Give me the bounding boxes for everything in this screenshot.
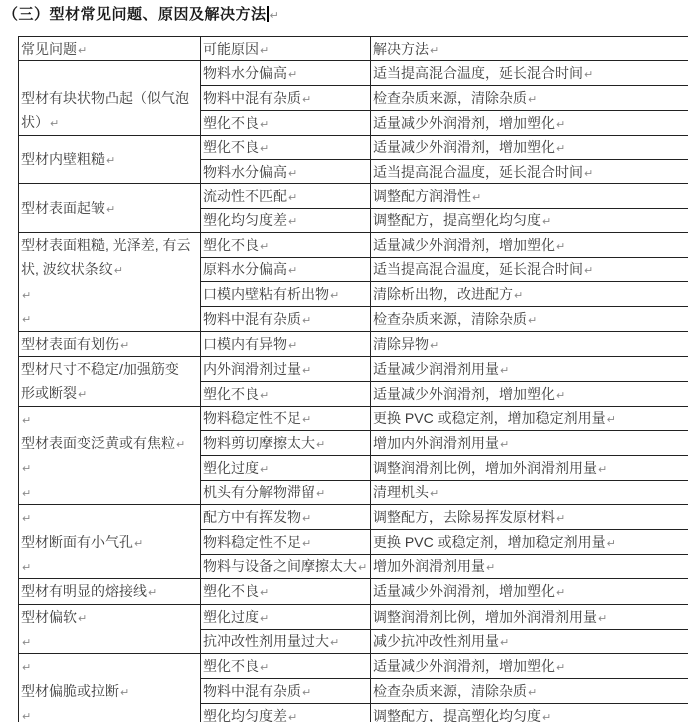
column-header[interactable]: 可能原因↵ <box>201 37 371 61</box>
problem-line: 型材有块状物凸起（似气泡 <box>21 86 198 110</box>
paragraph-mark-icon: ↵ <box>500 364 509 377</box>
problem-text: 型材表面粗糙, 光泽差, 有云 <box>21 237 191 253</box>
solution-cell[interactable]: 更换 PVC 或稳定剂，增加稳定剂用量↵ <box>371 406 688 431</box>
paragraph-mark-icon: ↵ <box>260 240 269 253</box>
paragraph-mark-icon: ↵ <box>598 612 607 625</box>
solution-cell[interactable]: 适当提高混合温度，延长混合时间↵ <box>371 61 688 86</box>
problem-text: 型材表面变泛黄或有焦粒 <box>21 435 175 451</box>
problem-text: 型材表面有划伤 <box>21 336 119 352</box>
cause-text: 原料水分偏高 <box>203 261 287 277</box>
paragraph-mark-icon: ↵ <box>330 289 339 302</box>
cause-cell[interactable]: 塑化不良↵ <box>201 110 371 135</box>
problem-cell[interactable]: 型材表面起皱↵ <box>19 184 201 233</box>
solution-cell[interactable]: 清理机头↵ <box>371 480 688 505</box>
table-row: 型材表面有划伤↵口模内有异物↵清除异物↵ <box>19 331 688 356</box>
cause-cell[interactable]: 塑化不良↵ <box>201 654 371 679</box>
solution-cell[interactable]: 适当提高混合温度，延长混合时间↵ <box>371 159 688 183</box>
table-row: 型材内壁粗糙↵塑化不良↵适量减少外润滑剂，增加塑化↵ <box>19 135 688 159</box>
solution-text: 适量减少外润滑剂，增加塑化 <box>373 583 555 599</box>
cause-cell[interactable]: 物料中混有杂质↵ <box>201 679 371 704</box>
problem-text: 型材断面有小气孔 <box>21 534 133 550</box>
paragraph-mark-icon: ↵ <box>584 167 593 180</box>
solution-text: 适量减少润滑剂用量 <box>373 361 499 377</box>
paragraph-mark-icon: ↵ <box>148 586 157 599</box>
paragraph-mark-icon: ↵ <box>106 154 115 167</box>
solution-cell[interactable]: 清除异物↵ <box>371 331 688 356</box>
cause-text: 塑化均匀度差 <box>203 212 287 228</box>
paragraph-mark-icon: ↵ <box>607 413 616 426</box>
header-row: 常见问题↵可能原因↵解决方法↵ <box>19 37 688 61</box>
problem-text: 型材内壁粗糙 <box>21 151 105 167</box>
paragraph-mark-icon: ↵ <box>260 118 269 131</box>
solution-cell[interactable]: 增加外润滑剂用量↵ <box>371 554 688 579</box>
problem-text: 型材尺寸不稳定/加强筋变 <box>21 361 179 377</box>
paragraph-mark-icon: ↵ <box>288 264 297 277</box>
paragraph-mark-icon: ↵ <box>472 191 481 204</box>
solution-cell[interactable]: 增加内外润滑剂用量↵ <box>371 431 688 456</box>
problem-line <box>21 61 198 85</box>
paragraph-mark-icon: ↵ <box>114 264 123 277</box>
problem-cell[interactable]: 型材尺寸不稳定/加强筋变形或断裂↵ <box>19 356 201 406</box>
paragraph-mark-icon: ↵ <box>556 586 565 599</box>
paragraph-mark-icon: ↵ <box>22 487 31 500</box>
cause-text: 机头有分解物滞留 <box>203 484 315 500</box>
solution-text: 调整润滑剂比例，增加外润滑剂用量 <box>373 609 597 625</box>
problem-line: 型材断面有小气孔↵ <box>21 530 198 554</box>
cause-cell[interactable]: 物料中混有杂质↵ <box>201 306 371 331</box>
solution-text: 适当提高混合温度，延长混合时间 <box>373 261 583 277</box>
solution-cell[interactable]: 检查杂质来源，清除杂质↵ <box>371 306 688 331</box>
solution-text: 增加外润滑剂用量 <box>373 558 485 574</box>
paragraph-mark-icon: ↵ <box>22 512 31 525</box>
paragraph-mark-icon: ↵ <box>22 414 31 427</box>
paragraph-mark-icon: ↵ <box>288 68 297 81</box>
paragraph-mark-icon: ↵ <box>330 636 339 649</box>
paragraph-mark-icon: ↵ <box>556 142 565 155</box>
solution-text: 适量减少外润滑剂，增加塑化 <box>373 115 555 131</box>
cause-cell[interactable]: 物料中混有杂质↵ <box>201 86 371 111</box>
problem-line: 型材内壁粗糙↵ <box>21 147 198 171</box>
problem-line: ↵ <box>21 282 198 306</box>
paragraph-mark-icon: ↵ <box>316 487 325 500</box>
paragraph-mark-icon: ↵ <box>260 612 269 625</box>
cause-cell[interactable]: 塑化不良↵ <box>201 579 371 604</box>
solution-text: 适量减少外润滑剂，增加塑化 <box>373 658 555 674</box>
problem-line: ↵ <box>21 629 198 653</box>
solution-cell[interactable]: 调整润滑剂比例，增加外润滑剂用量↵ <box>371 604 688 629</box>
problem-line: 型材表面有划伤↵ <box>21 332 198 356</box>
cause-cell[interactable]: 物料水分偏高↵ <box>201 159 371 183</box>
problem-text: 状, 波纹状条纹 <box>21 261 113 277</box>
cause-cell[interactable]: 口模内有异物↵ <box>201 331 371 356</box>
paragraph-mark-icon: ↵ <box>556 512 565 525</box>
cause-text: 抗冲改性剂用量过大 <box>203 633 329 649</box>
table-row: ↵型材表面变泛黄或有焦粒↵↵↵物料稳定性不足↵更换 PVC 或稳定剂，增加稳定剂… <box>19 406 688 431</box>
paragraph-mark-icon: ↵ <box>22 561 31 574</box>
cause-cell[interactable]: 原料水分偏高↵ <box>201 257 371 282</box>
problem-line: ↵ <box>21 480 198 504</box>
issues-table-body: 常见问题↵可能原因↵解决方法↵ 型材有块状物凸起（似气泡状）↵物料水分偏高↵适当… <box>19 37 688 722</box>
problem-line: ↵ <box>21 654 198 678</box>
solution-text: 适当提高混合温度，延长混合时间 <box>373 164 583 180</box>
solution-cell[interactable]: 适当提高混合温度，延长混合时间↵ <box>371 257 688 282</box>
cause-text: 物料水分偏高 <box>203 164 287 180</box>
paragraph-mark-icon: ↵ <box>176 438 185 451</box>
cause-cell[interactable]: 塑化不良↵ <box>201 381 371 406</box>
cause-cell[interactable]: 物料稳定性不足↵ <box>201 406 371 431</box>
solution-text: 适量减少外润滑剂，增加塑化 <box>373 237 555 253</box>
paragraph-mark-icon: ↵ <box>260 586 269 599</box>
column-header-label: 可能原因 <box>203 41 259 57</box>
cause-text: 内外润滑剂过量 <box>203 361 301 377</box>
paragraph-mark-icon: ↵ <box>302 686 311 699</box>
solution-text: 适量减少外润滑剂，增加塑化 <box>373 139 555 155</box>
solution-text: 清理机头 <box>373 484 429 500</box>
cause-text: 塑化过度 <box>203 609 259 625</box>
cause-text: 物料剪切摩擦太大 <box>203 435 315 451</box>
cause-cell[interactable]: 塑化过度↵ <box>201 455 371 480</box>
solution-text: 更换 PVC 或稳定剂，增加稳定剂用量 <box>373 534 606 550</box>
paragraph-mark-icon: ↵ <box>22 313 31 326</box>
paragraph-mark-icon: ↵ <box>556 240 565 253</box>
table-row: 型材表面起皱↵流动性不匹配↵调整配方润滑性↵ <box>19 184 688 208</box>
paragraph-mark-icon: ↵ <box>556 118 565 131</box>
cause-cell[interactable]: 流动性不匹配↵ <box>201 184 371 208</box>
problem-cell[interactable]: 型材有块状物凸起（似气泡状）↵ <box>19 61 201 135</box>
paragraph-mark-icon: ↵ <box>50 117 59 130</box>
solution-text: 适当提高混合温度，延长混合时间 <box>373 65 583 81</box>
paragraph-mark-icon: ↵ <box>542 215 551 228</box>
solution-text: 调整配方，提高塑化均匀度 <box>373 212 541 228</box>
paragraph-mark-icon: ↵ <box>430 339 439 352</box>
paragraph-mark-icon: ↵ <box>260 389 269 402</box>
cause-text: 塑化过度 <box>203 460 259 476</box>
paragraph-mark-icon: ↵ <box>78 612 87 625</box>
paragraph-mark-icon: ↵ <box>486 561 495 574</box>
solution-text: 更换 PVC 或稳定剂，增加稳定剂用量 <box>373 410 606 426</box>
page-title-text: （三）型材常见问题、原因及解决方法 <box>3 6 267 23</box>
paragraph-mark-icon: ↵ <box>288 339 297 352</box>
problem-text: 型材偏脆或拉断 <box>21 683 119 699</box>
problem-cell[interactable]: 型材偏软↵↵ <box>19 604 201 654</box>
solution-cell[interactable]: 调整配方润滑性↵ <box>371 184 688 208</box>
problem-line: 型材表面变泛黄或有焦粒↵ <box>21 431 198 455</box>
table-row: 型材表面粗糙, 光泽差, 有云状, 波纹状条纹↵↵↵塑化不良↵适量减少外润滑剂，… <box>19 233 688 258</box>
cause-text: 塑化不良 <box>203 115 259 131</box>
solution-text: 调整润滑剂比例，增加外润滑剂用量 <box>373 460 597 476</box>
solution-text: 检查杂质来源，清除杂质 <box>373 311 527 327</box>
problem-text: 形或断裂 <box>21 385 77 401</box>
column-header-label: 解决方法 <box>373 41 429 57</box>
paragraph-mark-icon: ↵ <box>288 215 297 228</box>
paragraph-mark-icon: ↵ <box>607 537 616 550</box>
problem-text: 型材偏软 <box>21 609 77 625</box>
cause-text: 口模内壁粘有析出物 <box>203 286 329 302</box>
solution-cell[interactable]: 适量减少外润滑剂，增加塑化↵ <box>371 135 688 159</box>
cause-text: 配方中有挥发物 <box>203 509 301 525</box>
text-cursor <box>267 6 269 22</box>
problem-text: 状） <box>21 114 49 130</box>
table-row: 型材偏软↵↵塑化过度↵调整润滑剂比例，增加外润滑剂用量↵ <box>19 604 688 629</box>
paragraph-mark-icon: ↵ <box>302 93 311 106</box>
cause-cell[interactable]: 口模内壁粘有析出物↵ <box>201 282 371 307</box>
solution-cell[interactable]: 调整配方，去除易挥发原材料↵ <box>371 505 688 530</box>
solution-cell[interactable]: 检查杂质来源，清除杂质↵ <box>371 86 688 111</box>
paragraph-mark-icon: ↵ <box>22 289 31 302</box>
paragraph-mark-icon: ↵ <box>302 314 311 327</box>
solution-cell[interactable]: 适量减少润滑剂用量↵ <box>371 356 688 381</box>
cause-cell[interactable]: 塑化过度↵ <box>201 604 371 629</box>
paragraph-mark-icon: ↵ <box>270 9 280 22</box>
column-header[interactable]: 解决方法↵ <box>371 37 688 61</box>
cause-text: 物料水分偏高 <box>203 65 287 81</box>
problem-cell[interactable]: ↵型材偏脆或拉断↵↵ <box>19 654 201 722</box>
cause-cell[interactable]: 物料与设备之间摩擦太大↵ <box>201 554 371 579</box>
paragraph-mark-icon: ↵ <box>302 537 311 550</box>
paragraph-mark-icon: ↵ <box>528 93 537 106</box>
solution-text: 清除异物 <box>373 336 429 352</box>
paragraph-mark-icon: ↵ <box>598 463 607 476</box>
issues-table: 常见问题↵可能原因↵解决方法↵ 型材有块状物凸起（似气泡状）↵物料水分偏高↵适当… <box>18 36 688 722</box>
cause-cell[interactable]: 物料水分偏高↵ <box>201 61 371 86</box>
cause-text: 流动性不匹配 <box>203 188 287 204</box>
paragraph-mark-icon: ↵ <box>120 339 129 352</box>
table-row: 型材有明显的熔接线↵塑化不良↵适量减少外润滑剂，增加塑化↵ <box>19 579 688 604</box>
cause-cell[interactable]: 塑化不良↵ <box>201 135 371 159</box>
solution-cell[interactable]: 适量减少外润滑剂，增加塑化↵ <box>371 381 688 406</box>
paragraph-mark-icon: ↵ <box>584 68 593 81</box>
problem-line: 型材表面粗糙, 光泽差, 有云 <box>21 233 198 257</box>
problem-line: ↵ <box>21 407 198 431</box>
solution-text: 调整配方，去除易挥发原材料 <box>373 509 555 525</box>
cause-text: 物料中混有杂质 <box>203 311 301 327</box>
cause-text: 塑化不良 <box>203 237 259 253</box>
paragraph-mark-icon: ↵ <box>22 636 31 649</box>
problem-line: ↵ <box>21 505 198 529</box>
problem-text: 型材有块状物凸起（似气泡 <box>21 90 189 106</box>
column-header[interactable]: 常见问题↵ <box>19 37 201 61</box>
solution-text: 检查杂质来源，清除杂质 <box>373 683 527 699</box>
paragraph-mark-icon: ↵ <box>22 661 31 674</box>
cause-text: 物料与设备之间摩擦太大 <box>203 558 357 574</box>
cause-cell[interactable]: 物料剪切摩擦太大↵ <box>201 431 371 456</box>
solution-text: 清除析出物，改进配方 <box>373 286 513 302</box>
solution-cell[interactable]: 清除析出物，改进配方↵ <box>371 282 688 307</box>
page-title[interactable]: （三）型材常见问题、原因及解决方法↵ <box>3 3 279 24</box>
paragraph-mark-icon: ↵ <box>556 389 565 402</box>
paragraph-mark-icon: ↵ <box>302 413 311 426</box>
problem-cell[interactable]: ↵型材表面变泛黄或有焦粒↵↵↵ <box>19 406 201 505</box>
table-row: ↵型材偏脆或拉断↵↵塑化不良↵适量减少外润滑剂，增加塑化↵ <box>19 654 688 679</box>
paragraph-mark-icon: ↵ <box>500 438 509 451</box>
solution-cell[interactable]: 适量减少外润滑剂，增加塑化↵ <box>371 654 688 679</box>
problem-cell[interactable]: 型材表面有划伤↵ <box>19 331 201 356</box>
cause-cell[interactable]: 机头有分解物滞留↵ <box>201 480 371 505</box>
problem-text: 型材表面起皱 <box>21 200 105 216</box>
solution-cell[interactable]: 减少抗冲改性剂用量↵ <box>371 629 688 654</box>
paragraph-mark-icon: ↵ <box>556 661 565 674</box>
cause-cell[interactable]: 物料稳定性不足↵ <box>201 529 371 554</box>
table-row: ↵型材断面有小气孔↵↵配方中有挥发物↵调整配方，去除易挥发原材料↵ <box>19 505 688 530</box>
cause-text: 物料中混有杂质 <box>203 90 301 106</box>
cause-text: 塑化不良 <box>203 386 259 402</box>
paragraph-mark-icon: ↵ <box>260 463 269 476</box>
problem-line: 型材偏脆或拉断↵ <box>21 679 198 703</box>
paragraph-mark-icon: ↵ <box>22 462 31 475</box>
solution-text: 调整配方润滑性 <box>373 188 471 204</box>
paragraph-mark-icon: ↵ <box>288 167 297 180</box>
problem-line: 型材表面起皱↵ <box>21 196 198 220</box>
paragraph-mark-icon: ↵ <box>500 636 509 649</box>
cause-text: 塑化不良 <box>203 658 259 674</box>
problem-line: ↵ <box>21 554 198 578</box>
cause-cell[interactable]: 塑化不良↵ <box>201 233 371 258</box>
cause-cell[interactable]: 塑化均匀度差↵ <box>201 703 371 722</box>
problem-line: 状）↵ <box>21 110 198 134</box>
cause-text: 物料稳定性不足 <box>203 534 301 550</box>
solution-text: 调整配方，提高塑化均匀度 <box>373 708 541 722</box>
paragraph-mark-icon: ↵ <box>302 512 311 525</box>
problem-cell[interactable]: 型材有明显的熔接线↵ <box>19 579 201 604</box>
paragraph-mark-icon: ↵ <box>120 686 129 699</box>
paragraph-mark-icon: ↵ <box>430 44 439 57</box>
cause-text: 塑化不良 <box>203 139 259 155</box>
solution-cell[interactable]: 调整配方，提高塑化均匀度↵ <box>371 208 688 232</box>
solution-text: 增加内外润滑剂用量 <box>373 435 499 451</box>
solution-cell[interactable]: 更换 PVC 或稳定剂，增加稳定剂用量↵ <box>371 529 688 554</box>
problem-line: ↵ <box>21 455 198 479</box>
problem-cell[interactable]: 型材内壁粗糙↵ <box>19 135 201 184</box>
paragraph-mark-icon: ↵ <box>260 661 269 674</box>
paragraph-mark-icon: ↵ <box>316 438 325 451</box>
paragraph-mark-icon: ↵ <box>302 364 311 377</box>
paragraph-mark-icon: ↵ <box>430 487 439 500</box>
cause-text: 塑化不良 <box>203 583 259 599</box>
problem-line: ↵ <box>21 703 198 722</box>
paragraph-mark-icon: ↵ <box>134 537 143 550</box>
cause-text: 物料中混有杂质 <box>203 683 301 699</box>
paragraph-mark-icon: ↵ <box>22 710 31 722</box>
solution-cell[interactable]: 调整润滑剂比例，增加外润滑剂用量↵ <box>371 455 688 480</box>
cause-text: 物料稳定性不足 <box>203 410 301 426</box>
solution-text: 检查杂质来源，清除杂质 <box>373 90 527 106</box>
paragraph-mark-icon: ↵ <box>260 44 269 57</box>
cause-cell[interactable]: 内外润滑剂过量↵ <box>201 356 371 381</box>
paragraph-mark-icon: ↵ <box>584 264 593 277</box>
problem-line: 状, 波纹状条纹↵ <box>21 257 198 281</box>
solution-cell[interactable]: 适量减少外润滑剂，增加塑化↵ <box>371 579 688 604</box>
paragraph-mark-icon: ↵ <box>542 711 551 722</box>
problem-text: 型材有明显的熔接线 <box>21 583 147 599</box>
problem-line: 型材有明显的熔接线↵ <box>21 579 198 603</box>
solution-text: 减少抗冲改性剂用量 <box>373 633 499 649</box>
paragraph-mark-icon: ↵ <box>514 289 523 302</box>
problem-line: 型材尺寸不稳定/加强筋变 <box>21 357 198 381</box>
problem-line: 型材偏软↵ <box>21 605 198 629</box>
paragraph-mark-icon: ↵ <box>78 388 87 401</box>
table-row: 型材有块状物凸起（似气泡状）↵物料水分偏高↵适当提高混合温度，延长混合时间↵ <box>19 61 688 86</box>
solution-cell[interactable]: 调整配方，提高塑化均匀度↵ <box>371 703 688 722</box>
table-row: 型材尺寸不稳定/加强筋变形或断裂↵内外润滑剂过量↵适量减少润滑剂用量↵ <box>19 356 688 381</box>
solution-cell[interactable]: 适量减少外润滑剂，增加塑化↵ <box>371 233 688 258</box>
problem-cell[interactable]: ↵型材断面有小气孔↵↵ <box>19 505 201 579</box>
problem-line: ↵ <box>21 306 198 330</box>
paragraph-mark-icon: ↵ <box>78 44 87 57</box>
paragraph-mark-icon: ↵ <box>528 314 537 327</box>
solution-cell[interactable]: 适量减少外润滑剂，增加塑化↵ <box>371 110 688 135</box>
problem-cell[interactable]: 型材表面粗糙, 光泽差, 有云状, 波纹状条纹↵↵↵ <box>19 233 201 332</box>
paragraph-mark-icon: ↵ <box>528 686 537 699</box>
paragraph-mark-icon: ↵ <box>288 191 297 204</box>
cause-text: 塑化均匀度差 <box>203 708 287 722</box>
cause-cell[interactable]: 抗冲改性剂用量过大↵ <box>201 629 371 654</box>
column-header-label: 常见问题 <box>21 41 77 57</box>
cause-text: 口模内有异物 <box>203 336 287 352</box>
paragraph-mark-icon: ↵ <box>288 711 297 722</box>
cause-cell[interactable]: 配方中有挥发物↵ <box>201 505 371 530</box>
paragraph-mark-icon: ↵ <box>260 142 269 155</box>
solution-text: 适量减少外润滑剂，增加塑化 <box>373 386 555 402</box>
problem-line: 形或断裂↵ <box>21 381 198 405</box>
paragraph-mark-icon: ↵ <box>106 203 115 216</box>
solution-cell[interactable]: 检查杂质来源，清除杂质↵ <box>371 679 688 704</box>
paragraph-mark-icon: ↵ <box>358 561 367 574</box>
cause-cell[interactable]: 塑化均匀度差↵ <box>201 208 371 232</box>
